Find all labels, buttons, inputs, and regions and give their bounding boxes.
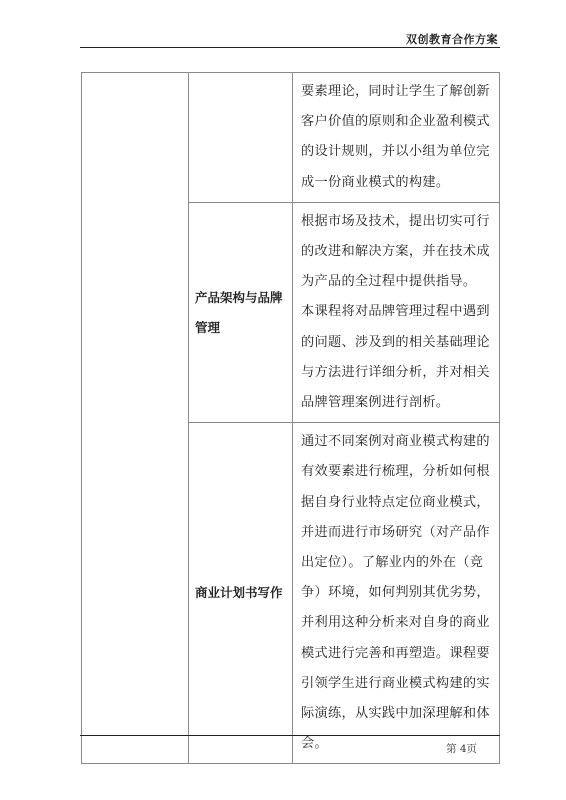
course-description-cell: 要素理论，同时让学生了解创新客户价值的原则和企业盈利模式的设计规则，并以小组为单… (293, 73, 500, 203)
course-category: 商业计划书写作 (189, 578, 292, 608)
course-category-cell (189, 73, 293, 203)
course-category-cell: 产品架构与品牌管理 (189, 202, 293, 422)
footer-divider (80, 735, 500, 736)
course-description: 本课程将对品牌管理过程中遇到的问题、涉及到的相关基础理论与方法进行详细分析，并对… (301, 297, 491, 418)
course-description: 要素理论，同时让学生了解创新客户价值的原则和企业盈利模式的设计规则，并以小组为单… (301, 77, 491, 198)
merged-left-cell (82, 73, 189, 764)
course-description-cell: 通过不同案例对商业模式构建的有效要素进行梳理，分析如何根据自身行业特点定位商业模… (293, 423, 500, 764)
course-category: 产品架构与品牌管理 (189, 283, 292, 343)
course-description: 通过不同案例对商业模式构建的有效要素进行梳理，分析如何根据自身行业特点定位商业模… (301, 427, 491, 759)
page-number: 第 4页 (446, 741, 477, 756)
document-header-title: 双创教育合作方案 (406, 31, 498, 47)
course-description: 根据市场及技术，提出切实可行的改进和解决方案，并在技术成为产品的全过程中提供指导… (301, 207, 491, 298)
table-row: 要素理论，同时让学生了解创新客户价值的原则和企业盈利模式的设计规则，并以小组为单… (82, 73, 500, 203)
course-table: 要素理论，同时让学生了解创新客户价值的原则和企业盈利模式的设计规则，并以小组为单… (81, 72, 500, 764)
course-category-cell: 商业计划书写作 (189, 423, 293, 764)
course-description-cell: 根据市场及技术，提出切实可行的改进和解决方案，并在技术成为产品的全过程中提供指导… (293, 202, 500, 422)
header-divider (80, 47, 500, 48)
